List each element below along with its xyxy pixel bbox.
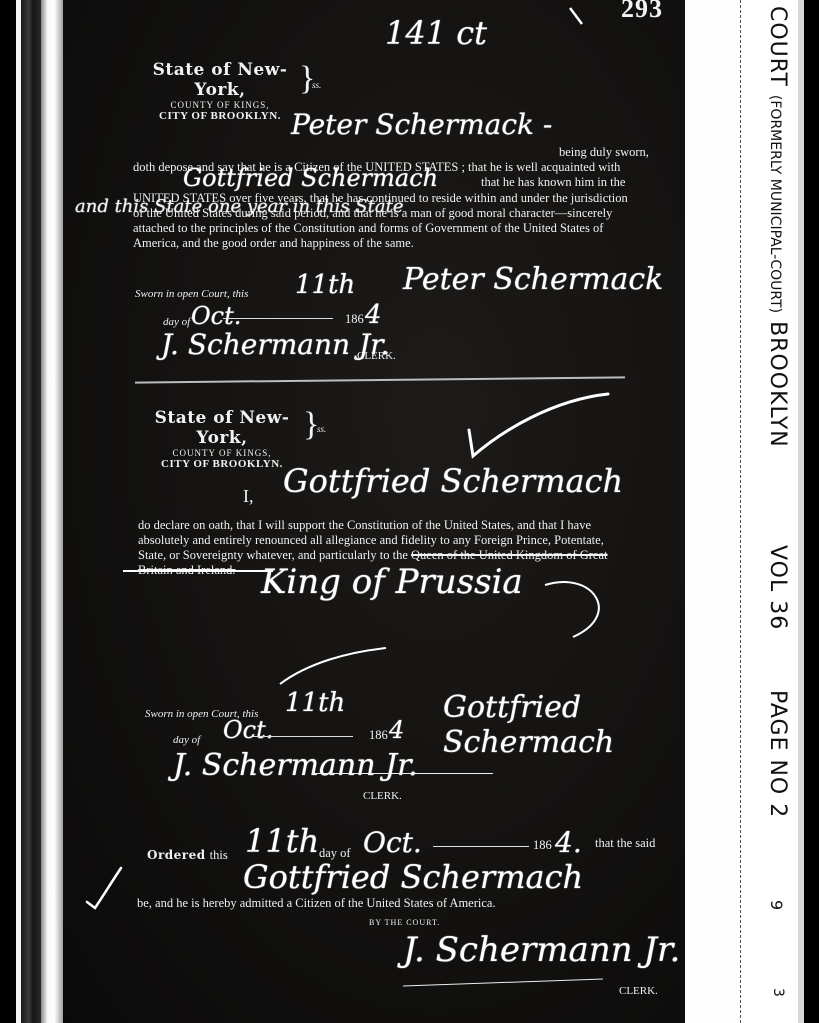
brace: } (299, 62, 315, 96)
strip-page-label: PAGE NO 2 (765, 690, 790, 818)
witness-name-handwritten: Peter Schermack - (291, 108, 552, 141)
month-underline (223, 318, 333, 319)
day-handwritten: 11th (245, 822, 319, 860)
county-heading: COUNTY OF KINGS, (137, 448, 307, 458)
court-text: COURT (765, 6, 790, 87)
year-suffix-handwritten: 4 (365, 300, 382, 330)
naturalization-record-page: 293 141 ct State of New-York, COUNTY OF … (63, 0, 685, 1023)
sworn-label: Sworn in open Court, this (135, 288, 248, 300)
flourish-mark (278, 648, 388, 688)
strip-digit-1: 9 (767, 900, 786, 911)
checkmark-icon (463, 390, 613, 460)
county-heading: COUNTY OF KINGS, (135, 100, 305, 110)
court-clerk-signature: J. Schermann Jr. (403, 930, 680, 970)
city-heading: CITY OF BROOKLYN. (135, 110, 305, 122)
formerly-text: (FORMERLY MUNICIPAL-COURT) (767, 95, 783, 313)
month-handwritten: Oct. (223, 716, 273, 744)
page-margin (685, 0, 740, 1023)
ordered-line: Ordered this (147, 846, 228, 864)
ordered-label: Ordered (147, 848, 206, 862)
day-of-label: day of (163, 316, 190, 328)
oath-line-2: absolutely and entirely renounced all al… (138, 533, 668, 548)
clerk-signature: J. Schermann Jr. (161, 328, 389, 361)
flourish-mark (543, 575, 623, 645)
slash-mark (568, 6, 588, 26)
city-heading: CITY OF BROOKLYN. (137, 458, 307, 470)
clerk-label: CLERK. (363, 790, 402, 802)
clerk-label: CLERK. (357, 350, 396, 362)
affidavit-line-6: America, and the good order and happines… (133, 236, 673, 251)
this-label: this (210, 848, 228, 862)
book-binding (21, 0, 41, 1023)
citizen-name-handwritten: Gottfried Schermach (243, 858, 583, 896)
checkmark-icon (85, 866, 125, 910)
declarant-name-handwritten: Gottfried Schermach (283, 462, 623, 500)
oath-line-3: State, or Sovereignty whatever, and part… (138, 548, 408, 562)
signature-flourish (403, 979, 603, 987)
strip-volume-label: VOL 36 (765, 545, 790, 630)
page-no-text: PAGE NO 2 (765, 690, 790, 818)
month-underline (433, 846, 529, 847)
admitted-text: be, and he is hereby admitted a Citizen … (137, 896, 496, 911)
applicant-name-handwritten: Gottfried Schermach (183, 164, 438, 192)
month-underline (253, 736, 353, 737)
month-handwritten: Oct. (363, 826, 422, 859)
declarant-signature: Gottfried Schermach (443, 690, 685, 760)
signature-flourish (313, 773, 493, 774)
by-the-court: BY THE COURT. (369, 918, 440, 927)
year-prefix: 186 (533, 838, 552, 853)
struck-sovereign-1: Queen of the United Kingdom of Great (411, 548, 607, 562)
affidavit-line-2: that he has known him in the (481, 175, 625, 190)
scan-edge-right (804, 0, 819, 1023)
scan-edge-left (0, 0, 16, 1023)
oath-header: State of New-York, COUNTY OF KINGS, CITY… (137, 408, 307, 470)
oath-line-1: do declare on oath, that I will support … (138, 518, 668, 533)
ss-mark: ss. (317, 424, 326, 434)
affidavit-line-5: attached to the principles of the Consti… (133, 221, 673, 236)
day-handwritten: 11th (295, 270, 355, 300)
year-prefix: 186 (345, 312, 364, 327)
clerk-signature: J. Schermann Jr. (173, 748, 418, 783)
witness-signature: Peter Schermack (403, 262, 663, 297)
ss-mark: ss. (312, 80, 321, 90)
state-heading: State of New-York, (137, 408, 307, 448)
strip-digit-2: 3 (770, 988, 786, 998)
that-the-said: that the said (595, 836, 655, 851)
binding-gutter (41, 0, 63, 1023)
year-suffix-handwritten: 4. (555, 826, 582, 859)
city-text: BROOKLYN (765, 321, 790, 448)
year-prefix: 186 (369, 728, 388, 743)
page-number: 293 (621, 0, 663, 24)
strip-court-label: COURT (FORMERLY MUNICIPAL-COURT) BROOKLY… (765, 6, 790, 448)
strike-line (123, 570, 273, 572)
witness-affidavit-header: State of New-York, COUNTY OF KINGS, CITY… (135, 60, 305, 122)
day-handwritten: 11th (285, 688, 345, 718)
state-heading: State of New-York, (135, 60, 305, 100)
section-divider (135, 376, 625, 383)
sovereign-handwritten: King of Prussia (261, 562, 523, 602)
day-of-label: day of (173, 734, 200, 746)
month-handwritten: Oct. (191, 302, 241, 330)
year-suffix-handwritten: 4 (389, 716, 404, 744)
i-label: I, (243, 486, 254, 507)
being-duly-sworn: being duly sworn, (559, 145, 649, 160)
clerk-label: CLERK. (619, 985, 658, 997)
volume-text: VOL 36 (765, 545, 790, 630)
oath-line-3-wrap: State, or Sovereignty whatever, and part… (138, 548, 608, 563)
affidavit-line-4: of the United States during said period,… (133, 206, 663, 221)
file-number-handwritten: 141 ct (385, 14, 487, 52)
